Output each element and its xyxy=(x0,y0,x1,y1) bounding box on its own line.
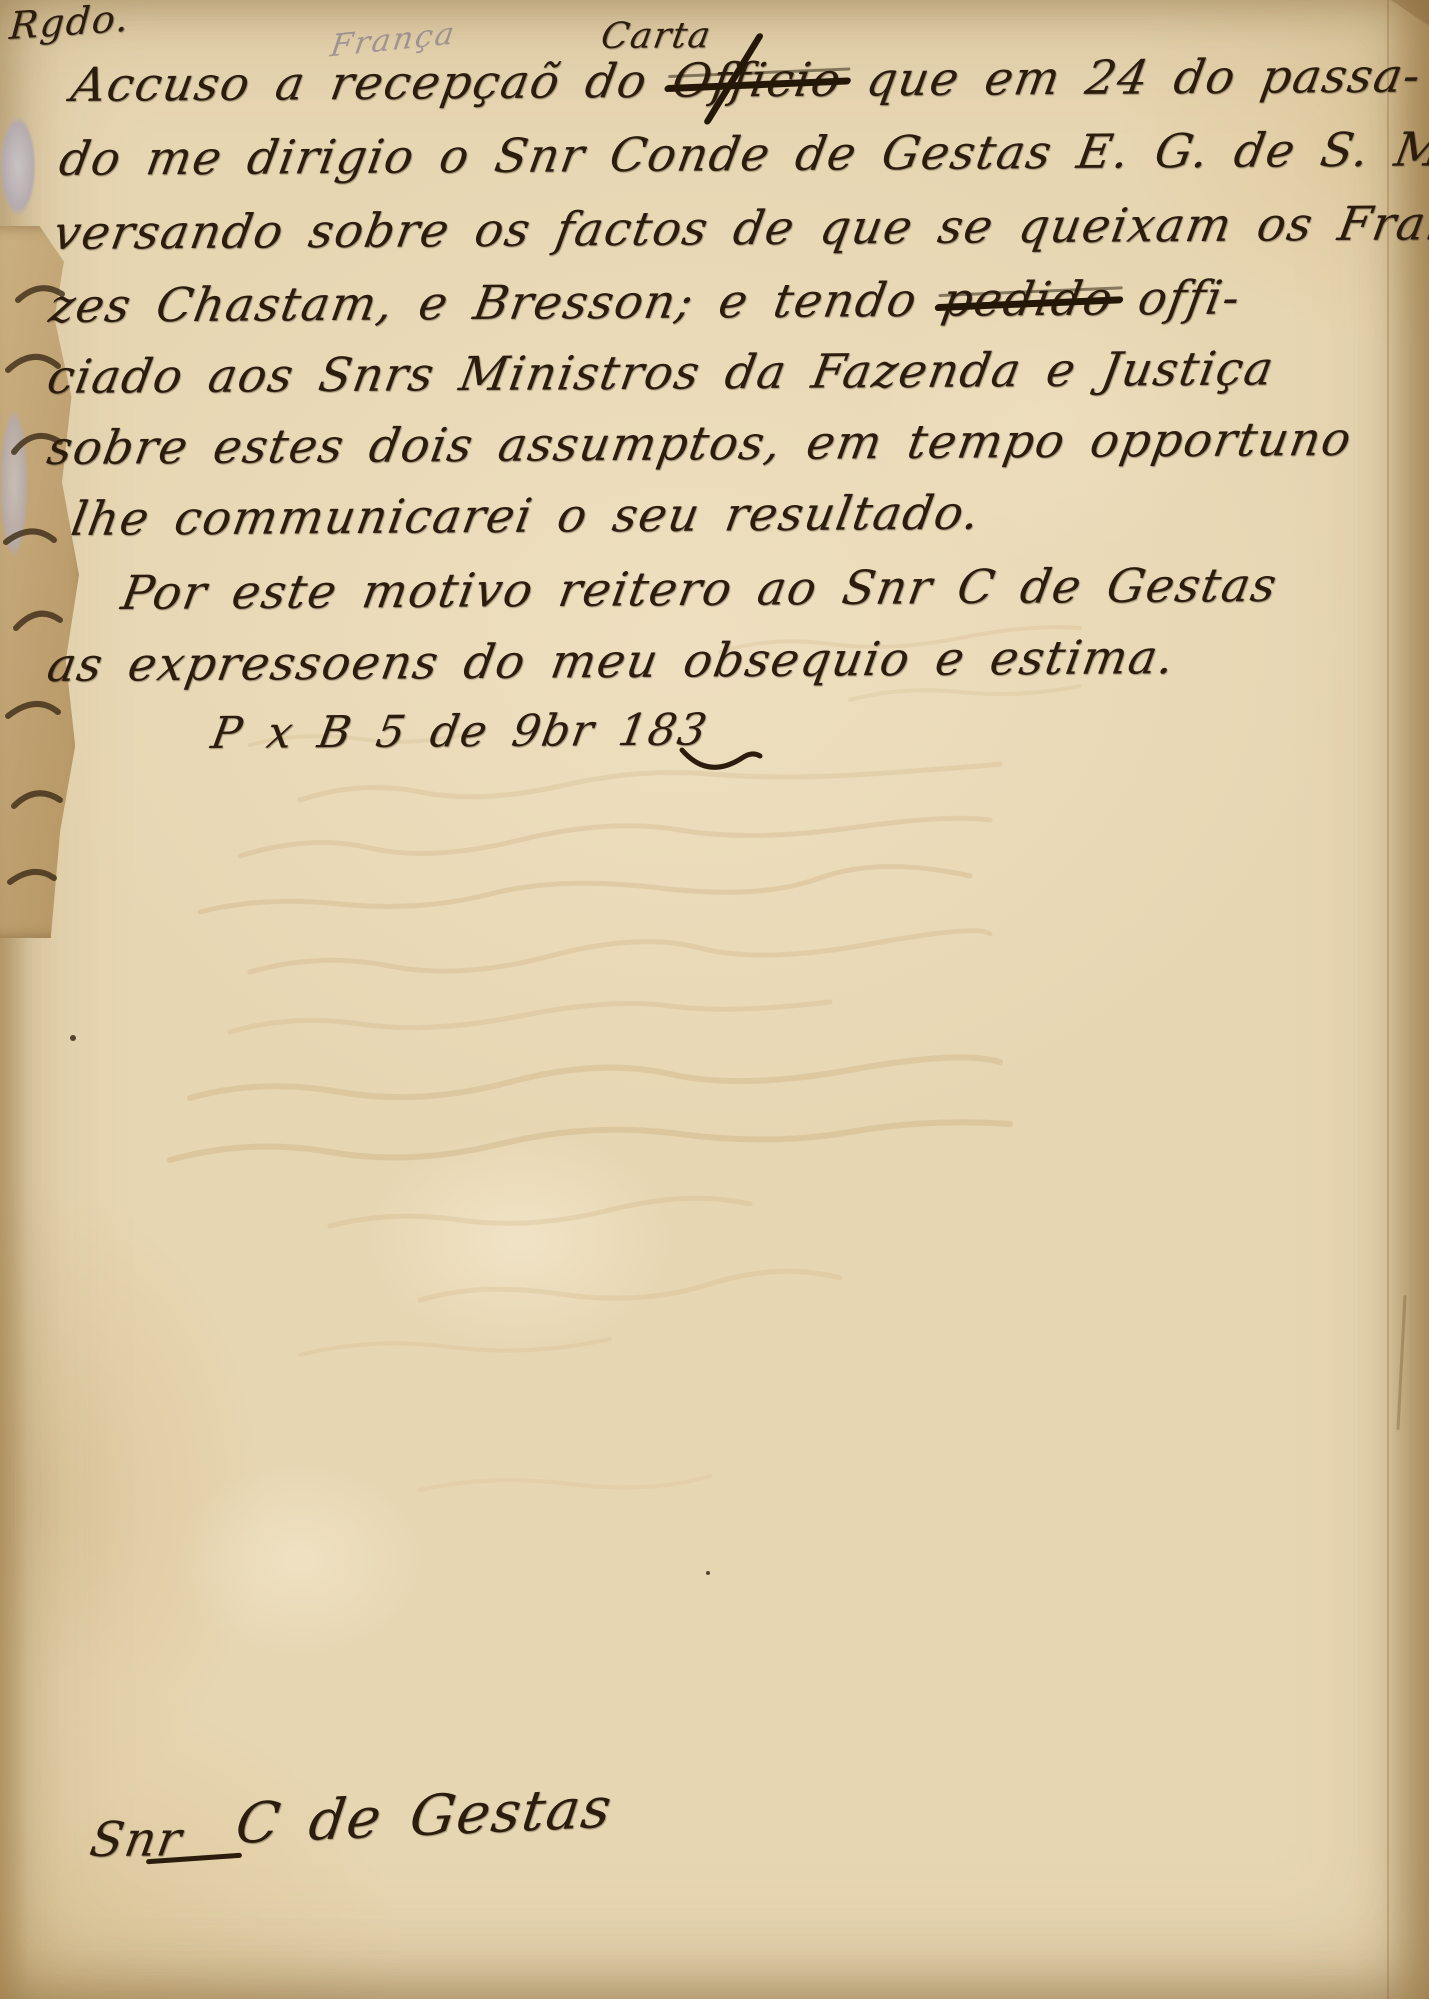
strikethrough-word: pedido xyxy=(939,276,1118,324)
letter-line-6: sobre estes dois assumptos, em tempo opp… xyxy=(44,416,1356,472)
strikethrough-word: Officio xyxy=(669,57,846,105)
line-text: do me dirigio o Snr Conde de Gestas E. G… xyxy=(55,122,1429,187)
line-text: que em 24 do passa- xyxy=(837,49,1426,108)
registry-mark: Rgdo. xyxy=(8,0,131,48)
stray-ink-dot xyxy=(706,1571,710,1575)
letter-line-4: zes Chastam, e Bresson; e tendo pedido o… xyxy=(46,275,1244,330)
line-text: zes Chastam, e Bresson; e tendo xyxy=(45,273,947,334)
date-line: P x B 5 de 9br 183 xyxy=(208,709,711,756)
line-text: offi- xyxy=(1109,271,1245,327)
letter-line-2: do me dirigio o Snr Conde de Gestas E. G… xyxy=(56,126,1429,183)
manuscript-page: Rgdo. França Carta Accuso a recepçaõ do … xyxy=(0,0,1429,1999)
letter-line-7: lhe communicarei o seu resultado. xyxy=(68,490,984,543)
line-text: Accuso a recepçaõ do xyxy=(67,54,677,113)
line-text: Por este motivo reitero ao Snr C de Gest… xyxy=(117,558,1281,621)
letter-text: Rgdo. França Carta Accuso a recepçaõ do … xyxy=(0,0,1429,1999)
line-text: as expressoens do meu obsequio e estima. xyxy=(43,630,1179,693)
stray-ink-dot xyxy=(70,1035,76,1041)
inserted-word-carta: Carta xyxy=(598,15,715,57)
line-text: lhe communicarei o seu resultado. xyxy=(67,486,984,547)
letter-line-8: Por este motivo reitero ao Snr C de Gest… xyxy=(118,562,1281,617)
date-flourish xyxy=(676,742,766,782)
addressee-name: C de Gestas xyxy=(232,1776,616,1857)
letter-line-9: as expressoens do meu obsequio e estima. xyxy=(44,634,1179,689)
letter-line-5: ciado aos Snrs Ministros da Fazenda e Ju… xyxy=(44,345,1278,401)
line-text: P x B 5 de 9br 183 xyxy=(207,705,711,759)
line-text: ciado aos Snrs Ministros da Fazenda e Ju… xyxy=(43,341,1278,405)
letter-line-3: versando sobre os factos de que se queix… xyxy=(50,200,1429,257)
line-text: versando sobre os factos de que se queix… xyxy=(49,196,1429,261)
letter-line-1: Accuso a recepçaõ do Officio que em 24 d… xyxy=(68,53,1425,109)
line-text: sobre estes dois assumptos, em tempo opp… xyxy=(43,412,1356,476)
